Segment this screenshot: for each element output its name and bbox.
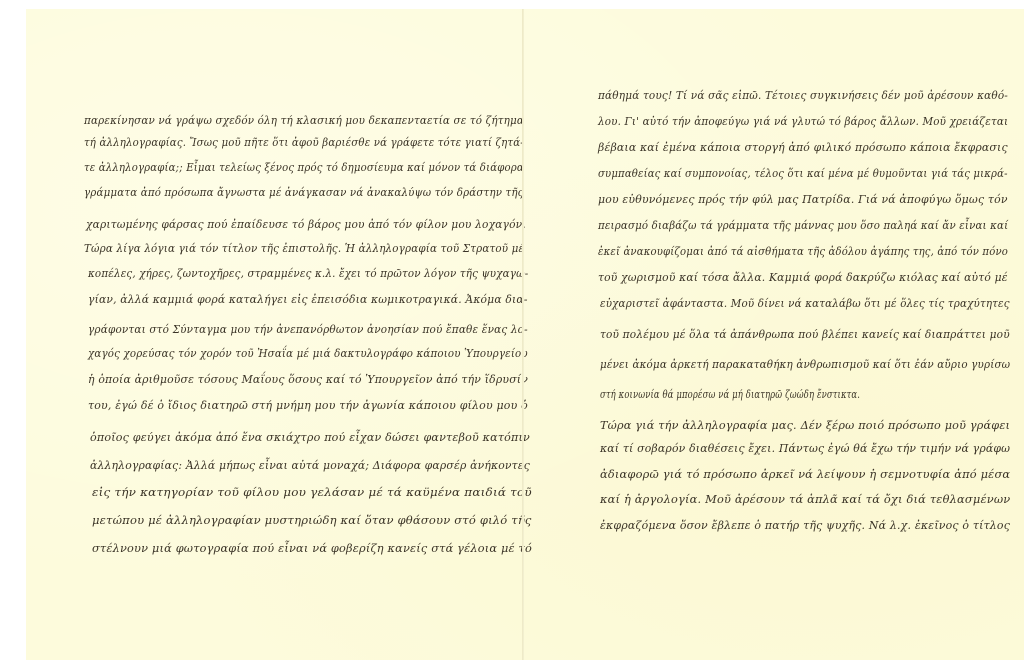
- right-line-12: στή κοινωνία θά μπορέσω νά μή διατηρῶ ζω…: [600, 387, 860, 401]
- right-line-9: εὐχαριστεῖ ἀφάνταστα. Μοῦ δίνει νά καταλ…: [600, 296, 1010, 310]
- right-line-7: ἐκεῖ ἀνακουφίζομαι ἀπό τά αἰσθήματα τῆς …: [598, 244, 1008, 258]
- left-line-17: στέλνουν μιά φωτογραφία πού εἶναι νά φοβ…: [92, 541, 532, 555]
- right-line-14: καί τί σοβαρόν διαθέσεις ἔχει. Πάντως ἐγ…: [600, 441, 1010, 455]
- left-line-5: χαριτωμένης φάρσας πού ἐπαίδευσε τό βάρο…: [86, 217, 526, 231]
- left-page: παρεκίνησαν νά γράψω σχεδόν όλη τή κλασι…: [26, 9, 522, 660]
- left-line-9: γράφονται στό Σύνταγμα μου τήν ἀνεπανόρθ…: [88, 322, 528, 336]
- right-page: πάθημά τους! Τί νά σᾶς εἰπῶ. Τέτοιες συγ…: [524, 9, 1024, 660]
- left-line-12: του, ἐγώ δέ ὁ ἴδιος διατηρῶ στή μνήμη μο…: [88, 398, 528, 412]
- right-line-1: πάθημά τους! Τί νά σᾶς εἰπῶ. Τέτοιες συγ…: [598, 88, 1008, 102]
- left-line-15: εἰς τήν κατηγορίαν τοῦ φίλου μου γελάσαν…: [92, 485, 532, 499]
- left-line-7: κοπέλες, χήρες, ζωντοχῆρες, στραμμένες κ…: [88, 266, 528, 280]
- right-line-2: λου. Γι' αὐτό τήν ἀποφεύγω γιά νά γλυτώ …: [598, 114, 1008, 128]
- left-line-1: παρεκίνησαν νά γράψω σχεδόν όλη τή κλασι…: [84, 113, 524, 127]
- right-line-11: μένει ἀκόμα ἀρκετή παρακαταθήκη ἀνθρωπισ…: [600, 357, 1010, 371]
- scanned-letter: παρεκίνησαν νά γράψω σχεδόν όλη τή κλασι…: [26, 9, 1024, 660]
- right-line-3: βέβαια καί ἐμένα κάποια στοργή ἀπό φιλικ…: [598, 140, 1008, 154]
- left-line-6: Τώρα λίγα λόγια γιά τόν τίτλον τῆς ἐπιστ…: [84, 241, 524, 255]
- right-line-6: πειρασμό διαβάζω τά γράμματα τῆς μάννας …: [598, 218, 1008, 232]
- left-line-13: ὁποῖος φεύγει ἀκόμα ἀπό ἕνα σκιάχτρο πού…: [90, 430, 530, 444]
- left-line-16: μετώπου μέ ἀλληλογραφίαν μυστηριώδη καί …: [92, 513, 532, 527]
- right-line-17: ἐκφραζόμενα ὅσον ἔβλεπε ὁ πατήρ τῆς ψυχῆ…: [600, 518, 1010, 532]
- right-line-13: Τώρα γιά τήν ἀλληλογραφία μας. Δέν ξέρω …: [600, 418, 1010, 432]
- right-line-15: ἀδιαφορῶ γιά τό πρόσωπο ἀρκεῖ νά λείψουν…: [600, 467, 1010, 481]
- right-line-4: συμπαθείας καί συμπονοίας, τέλος ὅτι καί…: [598, 166, 1008, 180]
- right-line-16: καί ἡ ἀργολογία. Μοῦ ἀρέσουν τά ἁπλᾶ καί…: [600, 492, 1010, 506]
- right-line-8: τοῦ χωρισμοῦ καί τόσα ἄλλα. Καμμιά φορά …: [598, 270, 1008, 284]
- left-line-8: γίαν, ἀλλά καμμιά φορά καταλήγει εἰς ἐπε…: [88, 292, 528, 306]
- right-line-10: τοῦ πολέμου μέ ὅλα τά ἀπάνθρωπα πού βλέπ…: [600, 327, 1010, 341]
- right-line-5: μου εὐθυνόμενες πρός τήν φύλ μας Πατρίδα…: [598, 192, 1008, 206]
- left-line-10: χαγός χορεύσας τόν χορόν τοῦ Ἠσαΐα μέ μι…: [88, 346, 528, 360]
- left-line-14: ἀλληλογραφίας: Ἀλλά μήπως εἶναι αὐτά μον…: [90, 458, 530, 472]
- left-line-11: ἡ ὁποία ἀριθμοῦσε τόσους Μαΐους ὅσους κα…: [88, 372, 528, 386]
- left-line-2: τή ἀλληλογραφίας. Ἴσως μοῦ πῆτε ὅτι ἀφοῦ…: [84, 135, 524, 149]
- left-line-4: γράμματα ἀπό πρόσωπα ἄγνωστα μέ ἀνάγκασα…: [84, 185, 524, 199]
- left-line-3: τε ἀλληλογραφία;; Εἶμαι τελείως ξένος πρ…: [84, 160, 524, 174]
